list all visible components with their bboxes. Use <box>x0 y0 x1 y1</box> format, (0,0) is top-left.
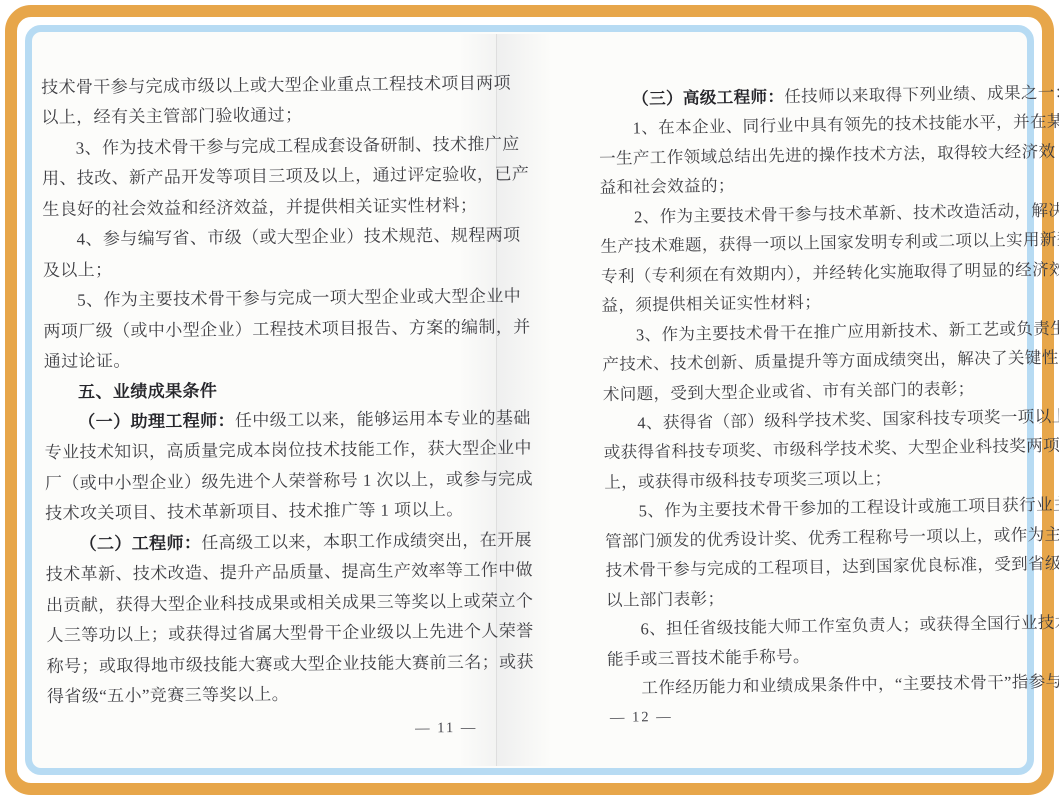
text-segment: 厂（或中小型企业）级先进个人荣誉称号 1 次以上，或参与完成 <box>45 469 533 493</box>
text-segment: 益和社会效益的； <box>599 176 734 197</box>
heading-text-segment: （一）助理工程师： <box>78 411 235 432</box>
text-segment: 3、作为技术骨干参与完成工程成套设备研制、技术推广应 <box>76 134 520 157</box>
text-segment: 人三等功以上；或获得过省属大型骨干企业级以上先进个人荣誉 <box>46 621 533 645</box>
text-segment: 5、作为主要技术骨干参与完成一项大型企业或大型企业中 <box>77 287 521 310</box>
text-segment: 称号；或取得地市级技能大赛或大型企业技能大赛前三名；或获 <box>47 652 534 676</box>
left-page-text: 技术骨干参与完成市级以上或大型企业重点工程技术项目两项以上，经有关主管部门验收通… <box>41 69 509 713</box>
text-segment: 通过论证。 <box>44 351 131 371</box>
right-page: （三）高级工程师：任技师以来取得下列业绩、成果之一：1、在本企业、同行业中具有领… <box>598 78 1032 733</box>
text-segment: 能手或三晋技术能手称号。 <box>607 646 810 668</box>
text-line: （一）助理工程师：任中级工以来，能够运用本专业的基础 <box>44 404 506 439</box>
text-segment: 任高级工以来，本职工作成绩突出，在开展 <box>201 530 532 552</box>
text-line: （二）工程师：任高级工以来，本职工作成绩突出，在开展 <box>45 525 507 560</box>
text-segment: 1、在本企业、同行业中具有领先的技术技能水平，并在某 <box>633 112 1059 138</box>
text-line: 得省级“五小”竞赛三等奖以上。 <box>47 678 509 713</box>
text-line: 技术攻关项目、技术革新项目、技术推广等 1 项以上。 <box>45 495 507 530</box>
text-segment: 以上部门表彰； <box>606 589 725 610</box>
text-line: 技术骨干参与完成市级以上或大型企业重点工程技术项目两项 <box>41 69 503 104</box>
text-line: 5、作为主要技术骨干参与完成一项大型企业或大型企业中 <box>43 282 505 317</box>
text-segment: 任中级工以来，能够运用本专业的基础 <box>235 408 531 430</box>
text-segment: 两项厂级（或中小型企业）工程技术项目报告、方案的编制，并 <box>43 317 530 341</box>
text-line: 4、参与编写省、市级（或大型企业）技术规范、规程两项 <box>42 221 504 256</box>
heading-text-segment: 五、业绩成果条件 <box>78 381 217 401</box>
text-line: 用、技改、新产品开发等项目三项及以上，通过评定验收，已产 <box>42 160 504 195</box>
scanned-document: 技术骨干参与完成市级以上或大型企业重点工程技术项目两项以上，经有关主管部门验收通… <box>0 0 1059 800</box>
text-line: 厂（或中小型企业）级先进个人荣誉称号 1 次以上，或参与完成 <box>45 464 507 499</box>
text-segment: 技术骨干参与完成的工程项目，达到国家优良标准，受到省级及 <box>605 554 1059 580</box>
text-segment: 技术革新、技术改造、提升产品质量、提高生产效率等工作中做 <box>46 561 533 585</box>
text-segment: 2、作为主要技术骨干参与技术革新、技术改造活动，解决 <box>634 200 1059 226</box>
text-segment: 一生产工作领域总结出先进的操作技术方法，取得较大经济效 <box>599 142 1056 168</box>
text-segment: 管部门颁发的优秀设计奖、优秀工程称号一项以上，或作为主要 <box>605 524 1059 550</box>
text-segment: 工作经历能力和业绩成果条件中，“主要技术骨干”指参与 <box>641 672 1059 698</box>
text-line: 通过论证。 <box>44 343 506 378</box>
text-segment: 技术攻关项目、技术革新项目、技术推广等 1 项以上。 <box>45 500 464 523</box>
text-segment: 用、技改、新产品开发等项目三项及以上，通过评定验收，已产 <box>42 165 529 189</box>
text-line: 技术革新、技术改造、提升产品质量、提高生产效率等工作中做 <box>46 556 508 591</box>
heading-text-segment: （二）工程师： <box>79 533 201 553</box>
text-line: 及以上； <box>43 251 505 286</box>
text-segment: 及以上； <box>43 260 113 280</box>
text-segment: 4、获得省（部）级科学技术奖、国家科技专项奖一项以上， <box>637 406 1059 432</box>
text-line: 出贡献，获得大型企业科技成果或相关成果三等奖以上或荣立个 <box>46 586 508 621</box>
text-line: 五、业绩成果条件 <box>44 373 506 408</box>
text-segment: 产技术、技术创新、质量提升等方面成绩突出，解决了关键性技 <box>602 348 1059 374</box>
text-segment: 6、担任省级技能大师工作室负责人；或获得全国行业技术 <box>640 613 1059 639</box>
text-line: 3、作为技术骨干参与完成工程成套设备研制、技术推广应 <box>42 129 504 164</box>
text-segment: 4、参与编写省、市级（或大型企业）技术规范、规程两项 <box>77 226 521 249</box>
text-line: 生良好的社会效益和经济效益，并提供相关证实性材料； <box>42 190 504 225</box>
text-segment: 得省级“五小”竞赛三等奖以上。 <box>47 685 289 706</box>
right-page-text: （三）高级工程师：任技师以来取得下列业绩、成果之一：1、在本企业、同行业中具有领… <box>598 78 1032 703</box>
text-segment: 生产技术难题，获得一项以上国家发明专利或二项以上实用新型 <box>600 230 1059 256</box>
text-line: 专业技术知识，高质量完成本岗位技术技能工作，获大型企业中 <box>45 434 507 469</box>
text-line: 两项厂级（或中小型企业）工程技术项目报告、方案的编制，并 <box>43 312 505 347</box>
heading-text-segment: （三）高级工程师： <box>632 87 784 108</box>
text-segment: 任技师以来取得下列业绩、成果之一： <box>784 83 1059 107</box>
text-segment: 出贡献，获得大型企业科技成果或相关成果三等奖以上或荣立个 <box>46 591 533 615</box>
text-segment: 上，或获得市级科技专项奖三项以上； <box>604 468 892 492</box>
left-page: 技术骨干参与完成市级以上或大型企业重点工程技术项目两项以上，经有关主管部门验收通… <box>41 69 509 747</box>
left-page-number: — 11 — <box>47 712 509 747</box>
text-line: 称号；或取得地市级技能大赛或大型企业技能大赛前三名；或获 <box>47 647 509 682</box>
text-segment: 术问题，受到大型企业或省、市有关部门的表彰； <box>603 379 975 404</box>
text-line: 以上，经有关主管部门验收通过； <box>41 99 503 134</box>
text-segment: 益，须提供相关证实性材料； <box>601 293 821 315</box>
text-line: 人三等功以上；或获得过省属大型骨干企业级以上先进个人荣誉 <box>46 617 508 652</box>
text-segment: 生良好的社会效益和经济效益，并提供相关证实性材料； <box>42 196 477 219</box>
text-segment: 专利（专利须在有效期内），并经转化实施取得了明显的经济效 <box>601 259 1059 285</box>
text-segment: 技术骨干参与完成市级以上或大型企业重点工程技术项目两项 <box>41 73 511 97</box>
text-segment: 专业技术知识，高质量完成本岗位技术技能工作，获大型企业中 <box>45 439 532 463</box>
text-segment: 或获得省科技专项奖、市级科学技术奖、大型企业科技奖两项以 <box>604 436 1059 462</box>
text-segment: 5、作为主要技术骨干参加的工程设计或施工项目获行业主 <box>639 495 1059 521</box>
text-segment: 以上，经有关主管部门验收通过； <box>41 106 302 128</box>
text-segment: 3、作为主要技术骨干在推广应用新技术、新工艺或负责生 <box>636 318 1059 344</box>
